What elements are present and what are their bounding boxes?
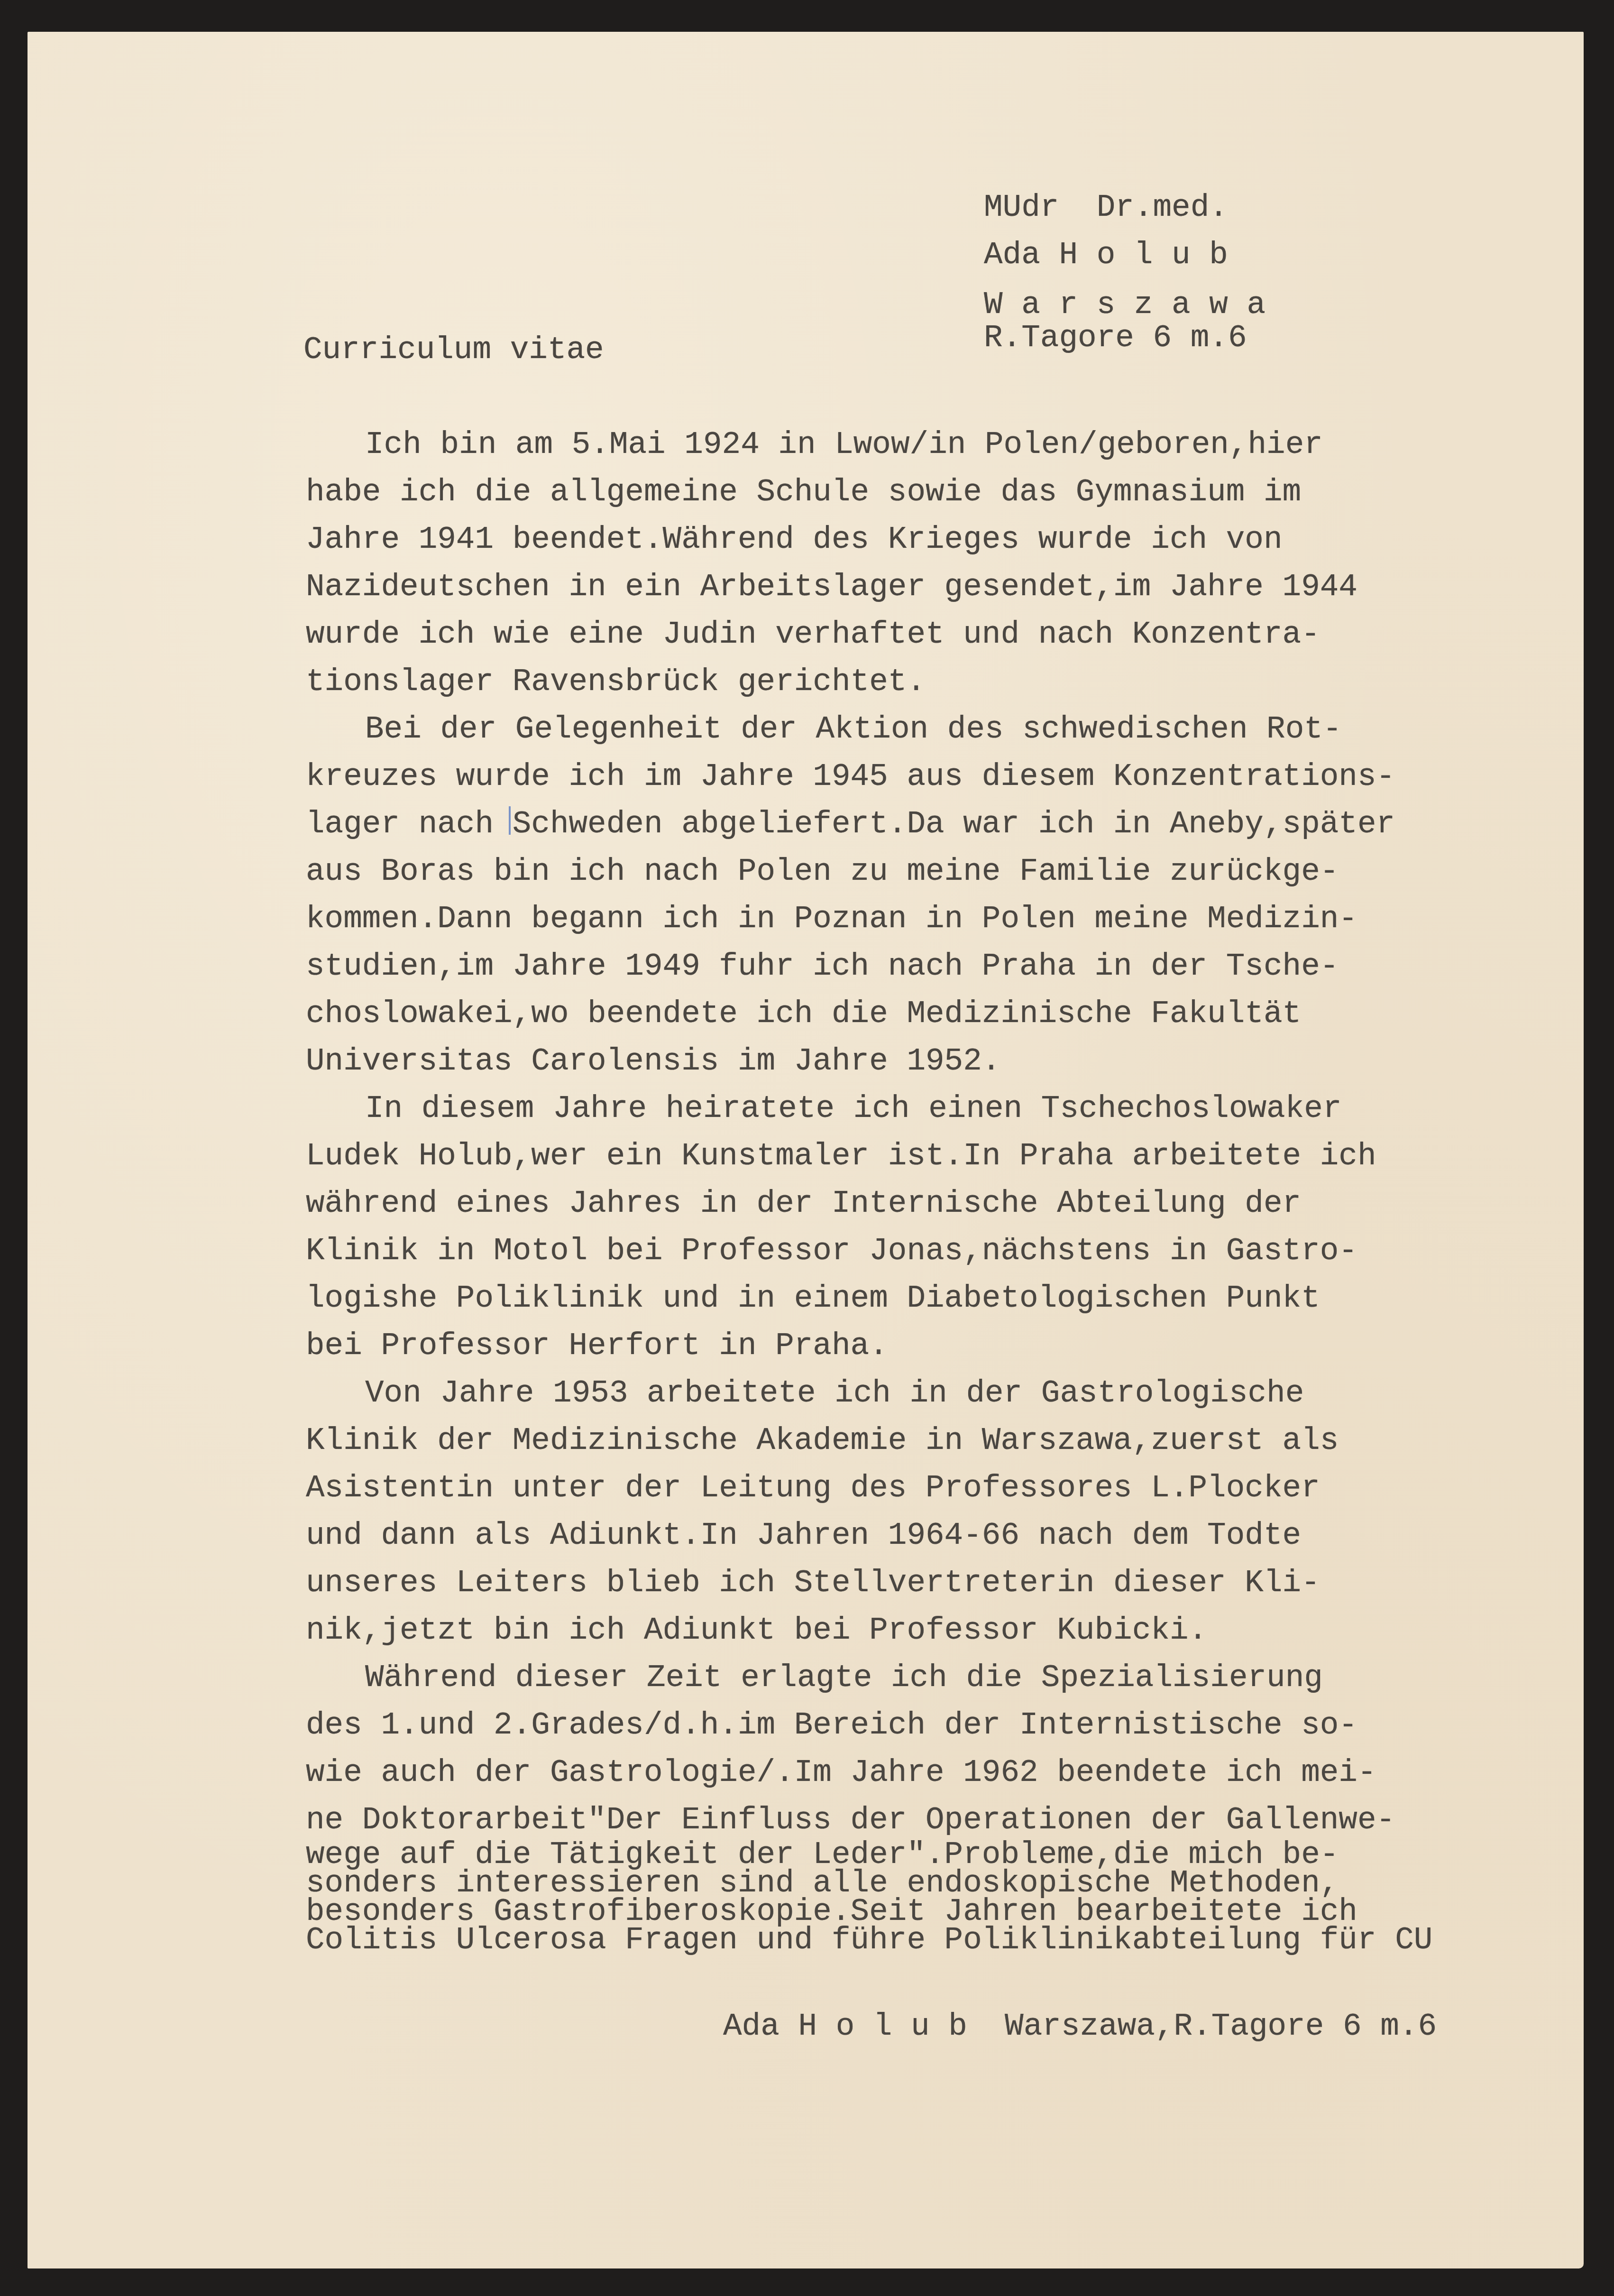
body-line: logishe Poliklinik und in einem Diabetol…: [306, 1283, 1320, 1314]
document-title: Curriculum vitae: [303, 334, 604, 366]
body-line: Von Jahre 1953 arbeitete ich in der Gast…: [365, 1378, 1304, 1409]
body-line: kommen.Dann begann ich in Poznan in Pole…: [306, 904, 1357, 935]
body-line: des 1.und 2.Grades/d.h.im Bereich der In…: [306, 1710, 1357, 1741]
body-line: ne Doktorarbeit"Der Einfluss der Operati…: [306, 1805, 1395, 1836]
body-line: Asistentin unter der Leitung des Profess…: [306, 1473, 1320, 1504]
body-line: habe ich die allgemeine Schule sowie das…: [306, 477, 1301, 508]
body-line: und dann als Adiunkt.In Jahren 1964-66 n…: [306, 1520, 1301, 1551]
body-line: Nazideutschen in ein Arbeitslager gesend…: [306, 572, 1357, 603]
author-name: Ada H o l u b: [984, 240, 1228, 271]
body-line: Klinik der Medizinische Akademie in Wars…: [306, 1425, 1339, 1457]
body-line: Bei der Gelegenheit der Aktion des schwe…: [365, 714, 1342, 745]
body-line: Colitis Ulcerosa Fragen und führe Polikl…: [306, 1925, 1432, 1956]
body-line: lager nach Schweden abgeliefert.Da war i…: [306, 809, 1395, 840]
title-degrees: MUdr Dr.med.: [984, 192, 1228, 223]
address-city: W a r s z a w a: [984, 289, 1266, 321]
body-line: aus Boras bin ich nach Polen zu meine Fa…: [306, 856, 1339, 887]
body-line: choslowakei,wo beendete ich die Medizini…: [306, 998, 1301, 1030]
body-line: studien,im Jahre 1949 fuhr ich nach Prah…: [306, 951, 1339, 982]
body-line: Ludek Holub,wer ein Kunstmaler ist.In Pr…: [306, 1141, 1376, 1172]
signature-address-line: Ada H o l u b Warszawa,R.Tagore 6 m.6: [723, 2011, 1437, 2042]
body-line: wurde ich wie eine Judin verhaftet und n…: [306, 619, 1320, 650]
body-line: unseres Leiters blieb ich Stellvertreter…: [306, 1568, 1320, 1599]
body-line: kreuzes wurde ich im Jahre 1945 aus dies…: [306, 761, 1395, 793]
body-line: Klinik in Motol bei Professor Jonas,näch…: [306, 1236, 1357, 1267]
address-street: R.Tagore 6 m.6: [984, 323, 1247, 354]
body-line: tionslager Ravensbrück gerichtet.: [306, 666, 926, 698]
ink-correction-mark: [509, 806, 511, 835]
body-line: Während dieser Zeit erlagte ich die Spez…: [365, 1662, 1323, 1694]
body-line: nik,jetzt bin ich Adiunkt bei Professor …: [306, 1615, 1207, 1646]
body-line: wie auch der Gastrologie/.Im Jahre 1962 …: [306, 1757, 1376, 1789]
body-line: bei Professor Herfort in Praha.: [306, 1330, 888, 1362]
body-line: Jahre 1941 beendet.Während des Krieges w…: [306, 524, 1283, 555]
body-line: während eines Jahres in der Internische …: [306, 1188, 1301, 1219]
body-line: Ich bin am 5.Mai 1924 in Lwow/in Polen/g…: [365, 429, 1323, 461]
body-line: Universitas Carolensis im Jahre 1952.: [306, 1046, 1000, 1077]
body-line: In diesem Jahre heiratete ich einen Tsch…: [365, 1093, 1342, 1125]
